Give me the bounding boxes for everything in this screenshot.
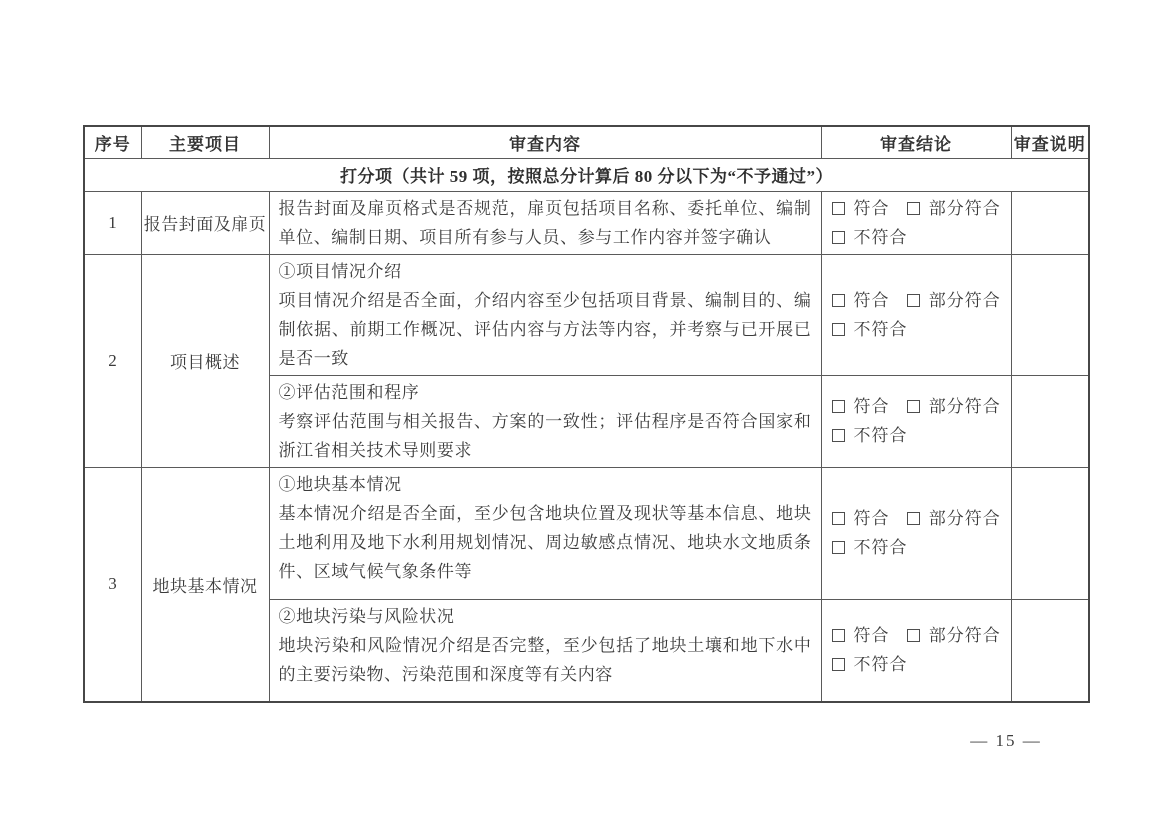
note-cell — [1011, 191, 1089, 254]
conclusion-cell: 符合 部分符合 不符合 — [821, 191, 1011, 254]
col-header-review-conclusion: 审查结论 — [821, 126, 1011, 158]
content-cell: ②评估范围和程序 考察评估范围与相关报告、方案的一致性；评估程序是否符合国家和浙… — [269, 375, 821, 467]
option-fail-label: 不符合 — [854, 426, 908, 445]
content-cell: ②地块污染与风险状况 地块污染和风险情况介绍是否完整，至少包括了地块土壤和地下水… — [269, 599, 821, 702]
review-table: 序号 主要项目 审查内容 审查结论 审查说明 打分项（共计 59 项，按照总分计… — [83, 125, 1090, 703]
row-number: 3 — [84, 467, 141, 702]
row-main-item: 报告封面及扉页 — [141, 191, 269, 254]
conclusion-line: 符合 部分符合 — [832, 392, 1011, 421]
content-text: 基本情况介绍是否全面，至少包含地块位置及现状等基本信息、地块土地利用及地下水利用… — [279, 499, 812, 586]
option-partial-label: 部分符合 — [929, 626, 1001, 645]
conclusion-line: 不符合 — [832, 421, 1011, 450]
checkbox-partial-icon — [907, 512, 920, 525]
content-text: 项目情况介绍是否全面，介绍内容至少包括项目背景、编制目的、编制依据、前期工作概况… — [279, 286, 812, 373]
option-fail-label: 不符合 — [854, 320, 908, 339]
checkbox-pass-icon — [832, 294, 845, 307]
document-page: 序号 主要项目 审查内容 审查结论 审查说明 打分项（共计 59 项，按照总分计… — [0, 0, 1169, 826]
col-header-main-item: 主要项目 — [141, 126, 269, 158]
conclusion-line: 不符合 — [832, 223, 1011, 252]
table-row: 3 地块基本情况 ①地块基本情况 基本情况介绍是否全面，至少包含地块位置及现状等… — [84, 467, 1089, 599]
col-header-review-content: 审查内容 — [269, 126, 821, 158]
conclusion-line: 不符合 — [832, 315, 1011, 344]
content-text: 报告封面及扉页格式是否规范，扉页包括项目名称、委托单位、编制单位、编制日期、项目… — [279, 194, 812, 252]
content-subheading: ②地块污染与风险状况 — [279, 602, 812, 631]
checkbox-fail-icon — [832, 541, 845, 554]
checkbox-pass-icon — [832, 512, 845, 525]
content-subheading: ①项目情况介绍 — [279, 257, 812, 286]
col-header-number: 序号 — [84, 126, 141, 158]
conclusion-cell: 符合 部分符合 不符合 — [821, 375, 1011, 467]
checkbox-partial-icon — [907, 294, 920, 307]
option-fail-label: 不符合 — [854, 228, 908, 247]
note-cell — [1011, 254, 1089, 375]
checkbox-partial-icon — [907, 400, 920, 413]
option-pass-label: 符合 — [854, 291, 890, 310]
option-partial-label: 部分符合 — [929, 509, 1001, 528]
checkbox-partial-icon — [907, 202, 920, 215]
table-row: 1 报告封面及扉页 报告封面及扉页格式是否规范，扉页包括项目名称、委托单位、编制… — [84, 191, 1089, 254]
checkbox-fail-icon — [832, 323, 845, 336]
conclusion-line: 符合 部分符合 — [832, 194, 1011, 223]
option-partial-label: 部分符合 — [929, 397, 1001, 416]
option-pass-label: 符合 — [854, 626, 890, 645]
conclusion-line: 符合 部分符合 — [832, 286, 1011, 315]
checkbox-fail-icon — [832, 429, 845, 442]
row-main-item: 地块基本情况 — [141, 467, 269, 702]
page-number: — 15 — — [958, 731, 1054, 751]
conclusion-line: 不符合 — [832, 650, 1011, 679]
table-header-row: 序号 主要项目 审查内容 审查结论 审查说明 — [84, 126, 1089, 158]
section-header: 打分项（共计 59 项，按照总分计算后 80 分以下为“不予通过”） — [84, 158, 1089, 191]
note-cell — [1011, 599, 1089, 702]
option-fail-label: 不符合 — [854, 538, 908, 557]
option-pass-label: 符合 — [854, 509, 890, 528]
note-cell — [1011, 467, 1089, 599]
checkbox-fail-icon — [832, 231, 845, 244]
option-partial-label: 部分符合 — [929, 199, 1001, 218]
section-header-row: 打分项（共计 59 项，按照总分计算后 80 分以下为“不予通过”） — [84, 158, 1089, 191]
content-cell: ①地块基本情况 基本情况介绍是否全面，至少包含地块位置及现状等基本信息、地块土地… — [269, 467, 821, 599]
row-number: 1 — [84, 191, 141, 254]
content-subheading: ②评估范围和程序 — [279, 378, 812, 407]
row-main-item: 项目概述 — [141, 254, 269, 467]
checkbox-fail-icon — [832, 658, 845, 671]
checkbox-pass-icon — [832, 400, 845, 413]
table-row: 2 项目概述 ①项目情况介绍 项目情况介绍是否全面，介绍内容至少包括项目背景、编… — [84, 254, 1089, 375]
content-cell: ①项目情况介绍 项目情况介绍是否全面，介绍内容至少包括项目背景、编制目的、编制依… — [269, 254, 821, 375]
option-pass-label: 符合 — [854, 397, 890, 416]
conclusion-cell: 符合 部分符合 不符合 — [821, 467, 1011, 599]
option-fail-label: 不符合 — [854, 655, 908, 674]
col-header-review-note: 审查说明 — [1011, 126, 1089, 158]
conclusion-line: 符合 部分符合 — [832, 621, 1011, 650]
conclusion-cell: 符合 部分符合 不符合 — [821, 599, 1011, 702]
conclusion-line: 符合 部分符合 — [832, 504, 1011, 533]
note-cell — [1011, 375, 1089, 467]
content-cell: 报告封面及扉页格式是否规范，扉页包括项目名称、委托单位、编制单位、编制日期、项目… — [269, 191, 821, 254]
checkbox-pass-icon — [832, 629, 845, 642]
checkbox-partial-icon — [907, 629, 920, 642]
option-pass-label: 符合 — [854, 199, 890, 218]
row-number: 2 — [84, 254, 141, 467]
conclusion-line: 不符合 — [832, 533, 1011, 562]
checkbox-pass-icon — [832, 202, 845, 215]
option-partial-label: 部分符合 — [929, 291, 1001, 310]
content-text: 地块污染和风险情况介绍是否完整，至少包括了地块土壤和地下水中的主要污染物、污染范… — [279, 631, 812, 689]
content-subheading: ①地块基本情况 — [279, 470, 812, 499]
conclusion-cell: 符合 部分符合 不符合 — [821, 254, 1011, 375]
content-text: 考察评估范围与相关报告、方案的一致性；评估程序是否符合国家和浙江省相关技术导则要… — [279, 407, 812, 465]
